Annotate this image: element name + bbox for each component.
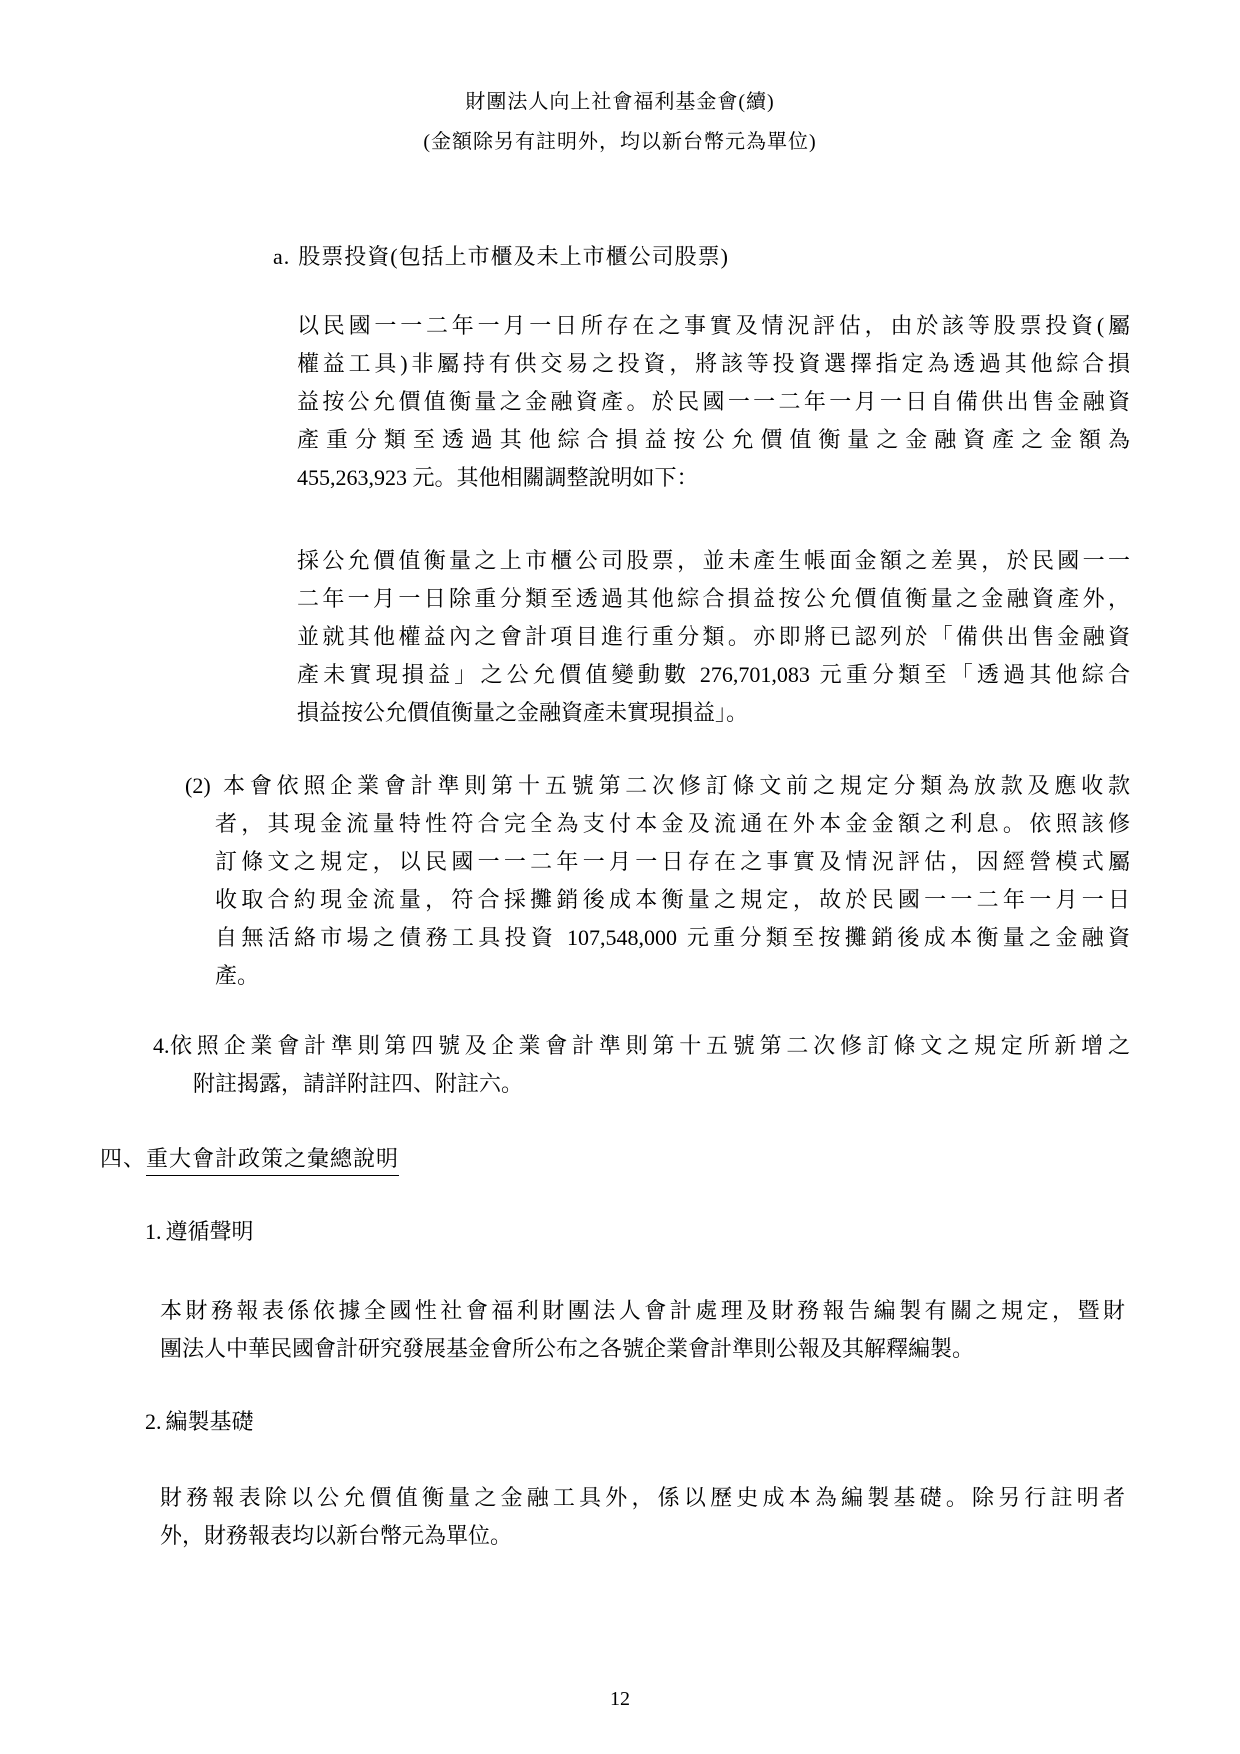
currency-unit-note: (金額除另有註明外，均以新台幣元為單位) (0, 122, 1240, 162)
text-line: 損益按公允價值衡量之金融資產未實現損益」。 (297, 694, 1130, 732)
item-2-lines: 本會依照企業會計準則第十五號第二次修訂條文前之規定分類為放款及應收款者，其現金流… (215, 767, 1130, 995)
section-4-heading: 四、重大會計政策之彙總說明 (100, 1142, 399, 1173)
text-line: 訂條文之規定，以民國一一二年一月一日存在之事實及情況評估，因經營模式屬 (215, 843, 1130, 881)
document-header: 財團法人向上社會福利基金會(續) (金額除另有註明外，均以新台幣元為單位) (0, 82, 1240, 162)
text-line: 團法人中華民國會計研究發展基金會所公布之各號企業會計準則公報及其解釋編製。 (160, 1330, 1125, 1368)
text-line: 本會依照企業會計準則第十五號第二次修訂條文前之規定分類為放款及應收款 (215, 767, 1130, 805)
subsection-1-heading: 1.遵循聲明 (145, 1215, 254, 1246)
section-4-title: 重大會計政策之彙總說明 (146, 1146, 399, 1176)
text-line: 權益工具)非屬持有供交易之投資，將該等投資選擇指定為透過其他綜合損 (297, 345, 1130, 383)
item-a-heading: a.股票投資(包括上市櫃及未上市櫃公司股票) (273, 240, 729, 271)
listed-stock-adjustment-paragraph: 採公允價值衡量之上市櫃公司股票，並未產生帳面金額之差異，於民國一一二年一月一日除… (297, 542, 1130, 732)
item-4-paragraph: 4. 依照企業會計準則第四號及企業會計準則第十五號第二次修訂條文之規定所新增之 … (153, 1027, 1130, 1103)
document-page: 財團法人向上社會福利基金會(續) (金額除另有註明外，均以新台幣元為單位) a.… (0, 0, 1240, 1754)
text-line: 收取合約現金流量，符合採攤銷後成本衡量之規定，故於民國一一二年一月一日 (215, 881, 1130, 919)
text-line: 以民國一一二年一月一日所存在之事實及情況評估，由於該等股票投資(屬 (297, 307, 1130, 345)
text-line: 產未實現損益」之公允價值變動數 276,701,083 元重分類至「透過其他綜合 (297, 656, 1130, 694)
preparation-basis-paragraph: 財務報表除以公允價值衡量之金融工具外，係以歷史成本為編製基礎。除另行註明者外，財… (160, 1479, 1125, 1555)
page-number: 12 (0, 1688, 1240, 1711)
item-4-line1: 依照企業會計準則第四號及企業會計準則第十五號第二次修訂條文之規定所新增之 (170, 1027, 1130, 1065)
item-a-marker: a. (273, 244, 290, 269)
text-line: 並就其他權益內之會計項目進行重分類。亦即將已認列於「備供出售金融資 (297, 618, 1130, 656)
text-line: 益按公允價值衡量之金融資產。於民國一一二年一月一日自備供出售金融資 (297, 383, 1130, 421)
org-title: 財團法人向上社會福利基金會(續) (0, 82, 1240, 122)
text-line: 者，其現金流量特性符合完全為支付本金及流通在外本金金額之利息。依照該修 (215, 805, 1130, 843)
text-line: 二年一月一日除重分類至透過其他綜合損益按公允價值衡量之金融資產外， (297, 580, 1130, 618)
text-line: 自無活絡市場之債務工具投資 107,548,000 元重分類至按攤銷後成本衡量之… (215, 919, 1130, 957)
stock-reclassification-paragraph: 以民國一一二年一月一日所存在之事實及情況評估，由於該等股票投資(屬權益工具)非屬… (297, 307, 1130, 497)
text-line: 本財務報表係依據全國性社會福利財團法人會計處理及財務報告編製有關之規定，暨財 (160, 1292, 1125, 1330)
item-4-marker: 4. (153, 1027, 170, 1065)
compliance-statement-paragraph: 本財務報表係依據全國性社會福利財團法人會計處理及財務報告編製有關之規定，暨財團法… (160, 1292, 1125, 1368)
subsection-1-title: 遵循聲明 (166, 1219, 254, 1244)
text-line: 產重分類至透過其他綜合損益按公允價值衡量之金融資產之金額為 (297, 421, 1130, 459)
section-4-number: 四、 (100, 1146, 146, 1171)
text-line: 財務報表除以公允價值衡量之金融工具外，係以歷史成本為編製基礎。除另行註明者 (160, 1479, 1125, 1517)
text-line: 產。 (215, 957, 1130, 995)
text-line: 455,263,923 元。其他相關調整說明如下： (297, 459, 1130, 497)
subsection-1-marker: 1. (145, 1219, 162, 1244)
item-2-paragraph: (2) 本會依照企業會計準則第十五號第二次修訂條文前之規定分類為放款及應收款者，… (185, 767, 1130, 995)
text-line: 外，財務報表均以新台幣元為單位。 (160, 1517, 1125, 1555)
text-line: 採公允價值衡量之上市櫃公司股票，並未產生帳面金額之差異，於民國一一 (297, 542, 1130, 580)
subsection-2-title: 編製基礎 (166, 1409, 254, 1434)
item-2-marker: (2) (185, 767, 211, 805)
item-4-line2: 附註揭露，請詳附註四、附註六。 (193, 1065, 1130, 1103)
subsection-2-marker: 2. (145, 1409, 162, 1434)
subsection-2-heading: 2.編製基礎 (145, 1405, 254, 1436)
item-a-title: 股票投資(包括上市櫃及未上市櫃公司股票) (298, 244, 729, 269)
